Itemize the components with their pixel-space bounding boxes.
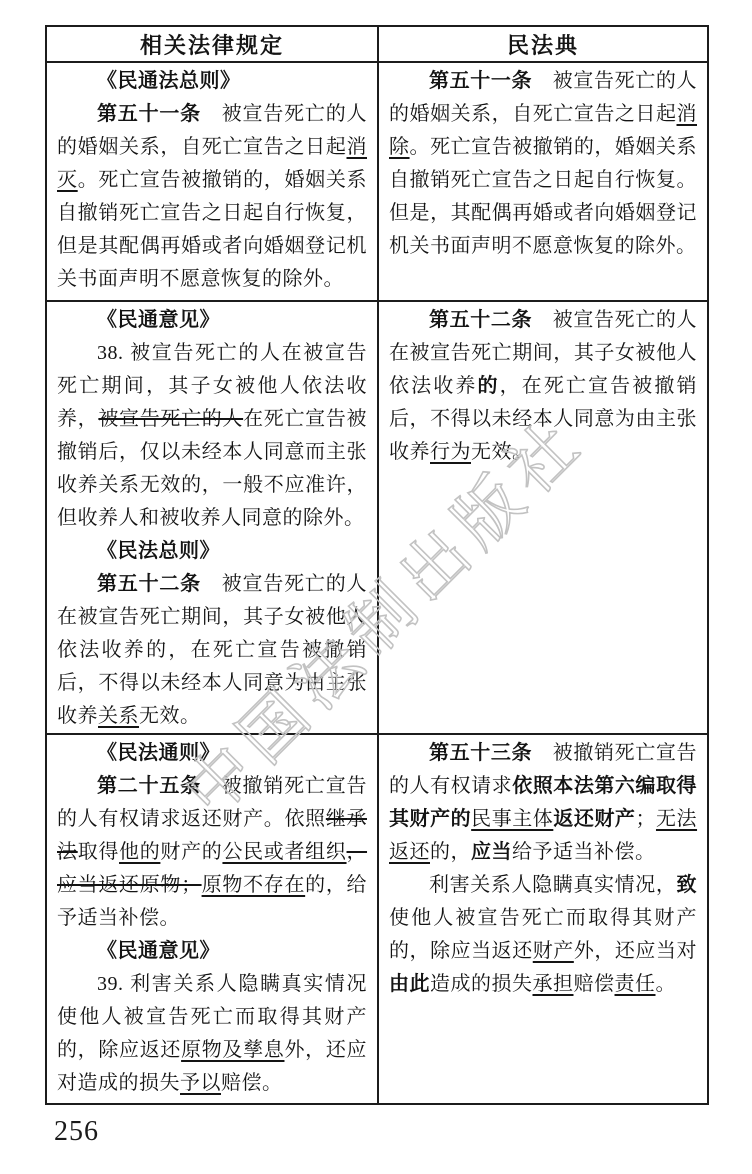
cell-related-laws-article-51: 《民通法总则》第五十一条 被宣告死亡的人的婚姻关系，自死亡宣告之日起消灭。死亡宣…: [47, 63, 377, 300]
bold-text: 第五十三条: [429, 742, 532, 764]
text-run: 外，还应当对: [574, 940, 697, 962]
text-run: 利害关系人隐瞒真实情况，: [429, 874, 677, 896]
underlined-text: 关系: [98, 705, 139, 727]
text-run: 无效。: [471, 441, 533, 463]
bold-text: 返还财产: [553, 808, 635, 830]
paragraph: 《民通法总则》: [57, 65, 367, 98]
text-run: 给予适当补偿。: [512, 841, 656, 863]
underlined-text: 原物及孳息: [181, 1039, 284, 1061]
bold-text: 由此: [389, 973, 430, 995]
underlined-text: 行为: [430, 441, 471, 463]
text-run: 被宣告死亡的人在被宣告死亡期间，其子女被他人依法收养的，在死亡宣告被撤销后，不得…: [57, 573, 367, 727]
header-related-laws: 相关法律规定: [47, 27, 377, 61]
paragraph: 《民通意见》: [57, 304, 367, 337]
paragraph: 《民法总则》: [57, 535, 367, 568]
law-comparison-table: 相关法律规定 民法典 《民通法总则》第五十一条 被宣告死亡的人的婚姻关系，自死亡…: [45, 25, 709, 1105]
page-number: 256: [54, 1116, 99, 1148]
bold-text: 《民法通则》: [97, 742, 220, 764]
struck-text: 被宣告死亡的人: [98, 408, 243, 430]
paragraph: 39. 利害关系人隐瞒真实情况使他人被宣告死亡而取得其财产的，除应返还原物及孳息…: [57, 968, 367, 1100]
underlined-text: 责任: [615, 973, 656, 995]
text-run: 赔偿。: [221, 1072, 283, 1094]
paragraph: 38. 被宣告死亡的人在被宣告死亡期间，其子女被他人依法收养，被宣告死亡的人在死…: [57, 337, 367, 535]
paragraph: 《民通意见》: [57, 935, 367, 968]
text-run: 取得: [78, 841, 119, 863]
paragraph: 第二十五条 被撤销死亡宣告的人有权请求返还财产。依照继承法取得他的财产的公民或者…: [57, 770, 367, 935]
paragraph: 第五十三条 被撤销死亡宣告的人有权请求依照本法第六编取得其财产的民事主体返还财产…: [389, 737, 697, 869]
text-run: 。死亡宣告被撤销的，婚姻关系自撤销死亡宣告之日起自行恢复，但是其配偶再婚或者向婚…: [57, 169, 367, 290]
paragraph: 第五十二条 被宣告死亡的人在被宣告死亡期间，其子女被他人依法收养的，在死亡宣告被…: [57, 568, 367, 733]
bold-text: 致: [677, 874, 698, 896]
text-run: 赔偿: [574, 973, 615, 995]
table-header-row: 相关法律规定 民法典: [47, 27, 707, 63]
cell-related-laws-article-53: 《民法通则》第二十五条 被撤销死亡宣告的人有权请求返还财产。依照继承法取得他的财…: [47, 735, 377, 1103]
underlined-text: 原物不存在: [202, 874, 306, 896]
text-run: 财产的: [160, 841, 222, 863]
book-page: 中国法制出版社 相关法律规定 民法典 《民通法总则》第五十一条 被宣告死亡的人的…: [0, 0, 752, 1174]
bold-text: 《民通意见》: [97, 940, 220, 962]
text-run: 。死亡宣告被撤销的，婚姻关系自撤销死亡宣告之日起自行恢复。但是，其配偶再婚或者向…: [389, 136, 697, 257]
bold-text: 第五十二条: [429, 309, 532, 331]
underlined-text: 他的: [119, 841, 160, 863]
bold-text: 《民通法总则》: [97, 70, 241, 92]
underlined-text: 民事主体: [471, 808, 553, 830]
table-row-article-51: 《民通法总则》第五十一条 被宣告死亡的人的婚姻关系，自死亡宣告之日起消灭。死亡宣…: [47, 63, 707, 300]
bold-text: 的: [477, 375, 499, 397]
bold-text: 第五十二条: [97, 573, 201, 595]
text-run: 造成的损失: [430, 973, 533, 995]
paragraph: 《民法通则》: [57, 737, 367, 770]
underlined-text: 予以: [180, 1072, 221, 1094]
bold-text: 第五十一条: [429, 70, 532, 92]
paragraph: 第五十二条 被宣告死亡的人在被宣告死亡期间，其子女被他人依法收养的，在死亡宣告被…: [389, 304, 697, 469]
underlined-text: 公民或者组织: [222, 841, 346, 863]
bold-text: 应当: [471, 841, 512, 863]
cell-related-laws-article-52: 《民通意见》38. 被宣告死亡的人在被宣告死亡期间，其子女被他人依法收养，被宣告…: [47, 302, 377, 733]
paragraph: 第五十一条 被宣告死亡的人的婚姻关系，自死亡宣告之日起消灭。死亡宣告被撤销的，婚…: [57, 98, 367, 296]
text-run: ；: [635, 808, 656, 830]
bold-text: 《民通意见》: [97, 309, 220, 331]
text-run: 。: [656, 973, 677, 995]
cell-civil-code-article-51: 第五十一条 被宣告死亡的人的婚姻关系，自死亡宣告之日起消除。死亡宣告被撤销的，婚…: [377, 63, 707, 300]
cell-civil-code-article-52: 第五十二条 被宣告死亡的人在被宣告死亡期间，其子女被他人依法收养的，在死亡宣告被…: [377, 302, 707, 733]
underlined-text: 承担: [533, 973, 574, 995]
underlined-text: 财产: [533, 940, 574, 962]
table-row-article-53: 《民法通则》第二十五条 被撤销死亡宣告的人有权请求返还财产。依照继承法取得他的财…: [47, 733, 707, 1103]
cell-civil-code-article-53: 第五十三条 被撤销死亡宣告的人有权请求依照本法第六编取得其财产的民事主体返还财产…: [377, 735, 707, 1103]
bold-text: 第五十一条: [97, 103, 201, 125]
text-run: 的，: [430, 841, 471, 863]
table-row-article-52: 《民通意见》38. 被宣告死亡的人在被宣告死亡期间，其子女被他人依法收养，被宣告…: [47, 300, 707, 733]
bold-text: 《民法总则》: [97, 540, 220, 562]
paragraph: 第五十一条 被宣告死亡的人的婚姻关系，自死亡宣告之日起消除。死亡宣告被撤销的，婚…: [389, 65, 697, 263]
text-run: 无效。: [139, 705, 201, 727]
bold-text: 第二十五条: [97, 775, 201, 797]
paragraph: 利害关系人隐瞒真实情况，致使他人被宣告死亡而取得其财产的，除应当返还财产外，还应…: [389, 869, 697, 1001]
header-civil-code: 民法典: [377, 27, 707, 61]
